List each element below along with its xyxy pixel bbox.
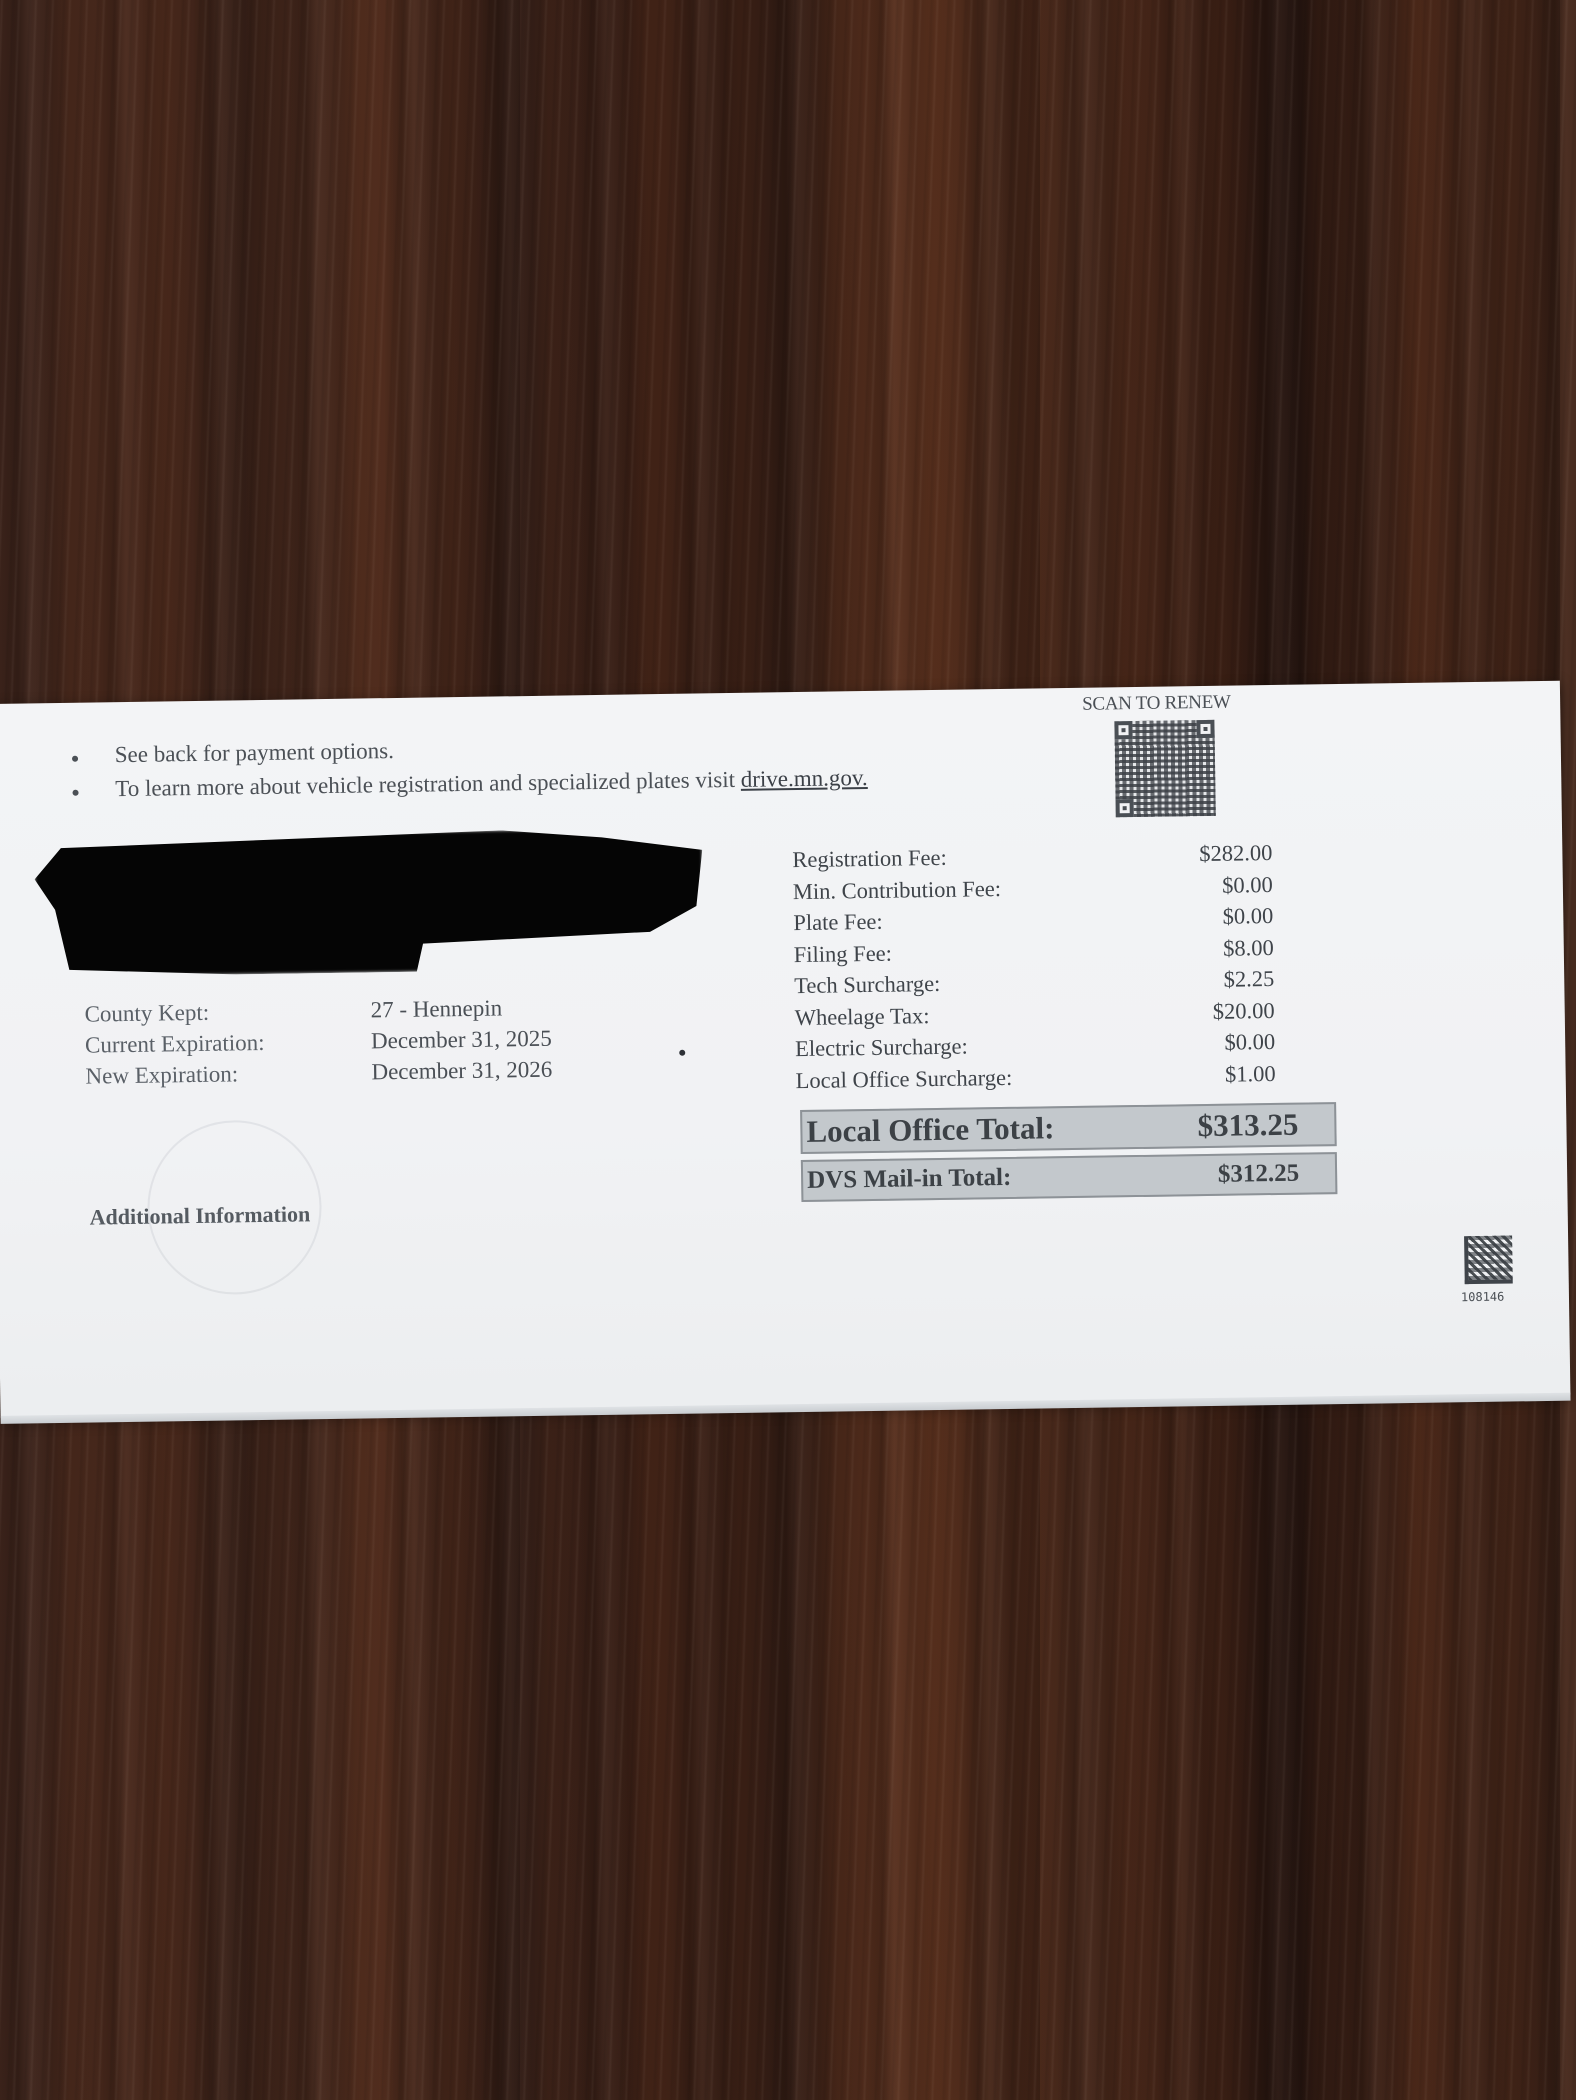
scan-to-renew-label: SCAN TO RENEW — [1082, 692, 1231, 716]
total-amount: $313.25 — [1197, 1104, 1334, 1146]
fee-amount: $282.00 — [1162, 837, 1292, 870]
total-label: DVS Mail-in Total: — [803, 1159, 1012, 1200]
fee-amount: $0.00 — [1163, 900, 1293, 933]
fee-amount: $20.00 — [1164, 994, 1294, 1027]
additional-information-heading: Additional Information — [89, 1201, 310, 1230]
info-value: December 31, 2025 — [371, 1023, 552, 1057]
drive-mn-gov-link[interactable]: drive.mn.gov. — [741, 765, 868, 792]
bullet-text-body: To learn more about vehicle registration… — [115, 767, 741, 801]
qr-code-icon[interactable] — [1114, 720, 1215, 817]
ink-dot — [679, 1050, 685, 1056]
dvs-mail-in-total: DVS Mail-in Total: $312.25 — [801, 1152, 1338, 1202]
total-amount: $312.25 — [1218, 1154, 1336, 1194]
datamatrix-barcode-icon — [1464, 1235, 1513, 1284]
info-bullets: ● See back for payment options. ● To lea… — [71, 729, 868, 809]
datamatrix-code: 108146 — [1461, 1290, 1505, 1305]
fee-label: Local Office Surcharge: — [795, 1061, 1012, 1096]
fee-table: Registration Fee:$282.00 Min. Contributi… — [792, 837, 1296, 1096]
info-value: December 31, 2026 — [371, 1054, 552, 1088]
redacted-owner-block — [34, 827, 704, 977]
fee-label: Tech Surcharge: — [794, 968, 941, 1002]
fee-amount: $2.25 — [1164, 963, 1294, 996]
fee-amount: $0.00 — [1165, 1026, 1295, 1059]
fee-amount: $1.00 — [1165, 1057, 1295, 1090]
bullet-icon: ● — [71, 744, 115, 775]
registration-renewal-notice: ● See back for payment options. ● To lea… — [0, 681, 1570, 1418]
bullet-text: See back for payment options. — [115, 736, 395, 770]
info-row-new-expiration: New Expiration: December 31, 2026 — [85, 1054, 552, 1092]
fee-label: Electric Surcharge: — [795, 1031, 968, 1065]
info-label: New Expiration: — [85, 1056, 371, 1091]
fee-label: Wheelage Tax: — [795, 1000, 930, 1033]
bullet-icon: ● — [71, 778, 115, 809]
fee-row: Local Office Surcharge:$1.00 — [795, 1057, 1295, 1096]
qr-finder-icon — [1196, 720, 1214, 738]
fee-label: Plate Fee: — [793, 906, 883, 939]
total-label: Local Office Total: — [802, 1108, 1055, 1152]
fee-amount: $0.00 — [1163, 868, 1293, 901]
info-label: Current Expiration: — [85, 1025, 371, 1060]
vehicle-info: County Kept: 27 - Hennepin Current Expir… — [84, 992, 552, 1092]
fee-amount: $8.00 — [1164, 931, 1294, 964]
fee-label: Min. Contribution Fee: — [793, 873, 1002, 908]
local-office-total: Local Office Total: $313.25 — [800, 1102, 1337, 1154]
qr-finder-icon — [1116, 799, 1134, 817]
fee-label: Filing Fee: — [794, 937, 893, 970]
qr-finder-icon — [1114, 721, 1132, 739]
info-value: 27 - Hennepin — [370, 992, 502, 1025]
info-label: County Kept: — [84, 994, 370, 1029]
fee-label: Registration Fee: — [792, 842, 947, 876]
